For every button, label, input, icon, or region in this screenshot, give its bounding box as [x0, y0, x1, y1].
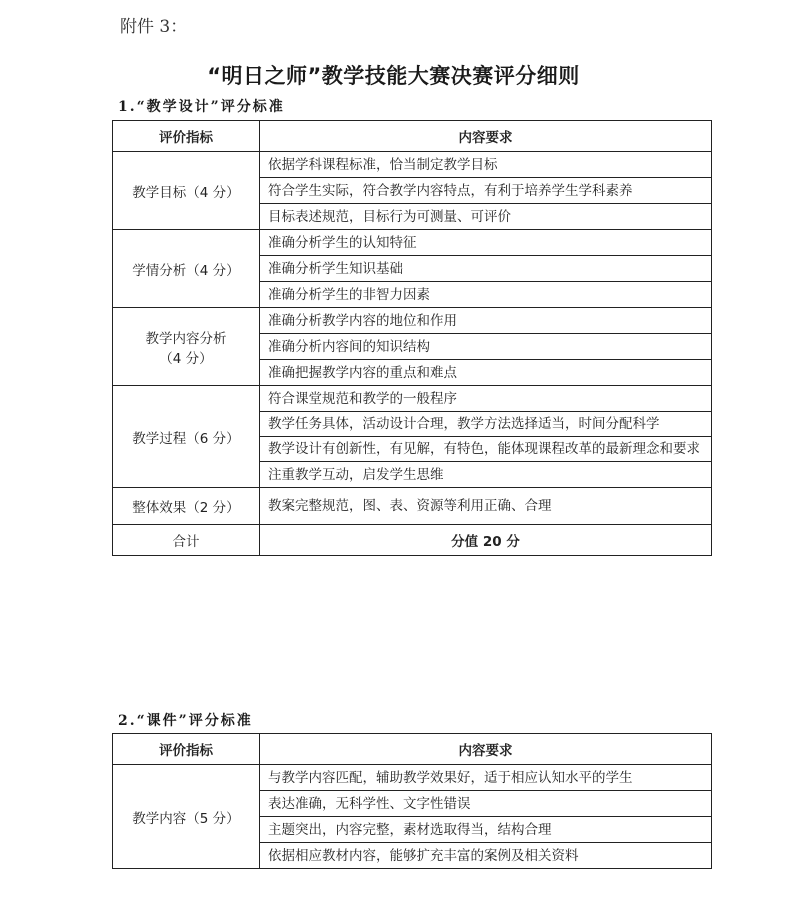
- table-row: 教学过程（6 分） 符合课堂规范和教学的一般程序: [113, 386, 712, 412]
- table-header-row: 评价指标 内容要求: [113, 121, 712, 152]
- section1-heading: 1.“教学设计”评分标准: [118, 96, 285, 116]
- category-cell: 教学内容分析 （4 分）: [113, 308, 260, 386]
- total-label: 合计: [113, 525, 260, 556]
- header-indicator: 评价指标: [113, 734, 260, 765]
- requirement-cell: 注重教学互动，启发学生思维: [260, 462, 712, 488]
- total-row: 合计 分值 20 分: [113, 525, 712, 556]
- category-cell: 教学目标（4 分）: [113, 152, 260, 230]
- table-header-row: 评价指标 内容要求: [113, 734, 712, 765]
- document-title: “明日之师”教学技能大赛决赛评分细则: [0, 60, 787, 90]
- courseware-table: 评价指标 内容要求 教学内容（5 分） 与教学内容匹配，辅助教学效果好，适于相应…: [112, 733, 712, 869]
- requirement-cell: 教学任务具体，活动设计合理，教学方法选择适当，时间分配科学: [260, 412, 712, 437]
- requirement-cell: 准确把握教学内容的重点和难点: [260, 360, 712, 386]
- requirement-cell: 表达准确，无科学性、文字性错误: [260, 791, 712, 817]
- requirement-cell: 符合课堂规范和教学的一般程序: [260, 386, 712, 412]
- requirement-cell: 准确分析学生知识基础: [260, 256, 712, 282]
- category-cell: 整体效果（2 分）: [113, 488, 260, 525]
- table-row: 整体效果（2 分） 教案完整规范，图、表、资源等利用正确、合理: [113, 488, 712, 525]
- requirement-cell: 准确分析学生的认知特征: [260, 230, 712, 256]
- requirement-cell: 主题突出，内容完整，素材选取得当，结构合理: [260, 817, 712, 843]
- requirement-cell: 准确分析内容间的知识结构: [260, 334, 712, 360]
- requirement-cell: 与教学内容匹配，辅助教学效果好，适于相应认知水平的学生: [260, 765, 712, 791]
- category-cell: 学情分析（4 分）: [113, 230, 260, 308]
- requirement-cell: 依据相应教材内容，能够扩充丰富的案例及相关资料: [260, 843, 712, 869]
- table-row: 教学目标（4 分） 依据学科课程标准，恰当制定教学目标: [113, 152, 712, 178]
- teaching-design-table: 评价指标 内容要求 教学目标（4 分） 依据学科课程标准，恰当制定教学目标 符合…: [112, 120, 712, 556]
- total-value: 分值 20 分: [260, 525, 712, 556]
- table-row: 教学内容分析 （4 分） 准确分析教学内容的地位和作用: [113, 308, 712, 334]
- requirement-cell: 教案完整规范，图、表、资源等利用正确、合理: [260, 488, 712, 525]
- requirement-cell: 依据学科课程标准，恰当制定教学目标: [260, 152, 712, 178]
- header-requirement: 内容要求: [260, 121, 712, 152]
- category-cell: 教学过程（6 分）: [113, 386, 260, 488]
- requirement-cell: 准确分析学生的非智力因素: [260, 282, 712, 308]
- requirement-cell: 目标表述规范，目标行为可测量、可评价: [260, 204, 712, 230]
- category-cell: 教学内容（5 分）: [113, 765, 260, 869]
- requirement-cell: 教学设计有创新性，有见解，有特色，能体现课程改革的最新理念和要求: [260, 437, 712, 462]
- attachment-label: 附件 3：: [120, 12, 187, 37]
- category-line-1: 教学内容分析: [121, 327, 251, 347]
- requirement-cell: 准确分析教学内容的地位和作用: [260, 308, 712, 334]
- section2-heading: 2.“课件”评分标准: [118, 710, 253, 730]
- requirement-cell: 符合学生实际，符合教学内容特点，有利于培养学生学科素养: [260, 178, 712, 204]
- table-row: 学情分析（4 分） 准确分析学生的认知特征: [113, 230, 712, 256]
- table-row: 教学内容（5 分） 与教学内容匹配，辅助教学效果好，适于相应认知水平的学生: [113, 765, 712, 791]
- header-requirement: 内容要求: [260, 734, 712, 765]
- category-line-2: （4 分）: [121, 347, 251, 367]
- header-indicator: 评价指标: [113, 121, 260, 152]
